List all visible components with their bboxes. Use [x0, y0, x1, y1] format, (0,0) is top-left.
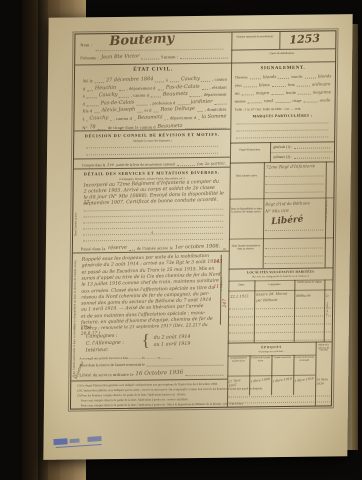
stamp-underline — [56, 444, 102, 448]
blank-line — [86, 146, 218, 149]
stamp-block — [69, 438, 79, 443]
territoriale-line: Passé dans la réserve de l'armée territo… — [79, 362, 223, 368]
campagnes-zone: Intérieur. — [86, 348, 109, 354]
campagnes-date-to: au 1 avril 1919 — [154, 342, 191, 348]
handwritten-value: ovale — [320, 97, 331, 102]
instruction-generale-line: générale (1) : — [273, 144, 330, 149]
handwritten-value: Beaumetz — [163, 91, 188, 98]
printed-label: nez — [235, 91, 240, 95]
instruction-inner-rule — [270, 151, 334, 153]
etat-civil-row: fils d Alexis Joseph et d Rose Delhaye ,… — [83, 106, 227, 114]
etat-civil-row: Né le 27 décembre 1884 à Cauchy , canton — [83, 76, 227, 84]
localites-subdiv-value: Béthune — [296, 294, 310, 298]
printed-label: , canton d — [114, 115, 132, 120]
printed-label: menton — [235, 99, 246, 103]
blank-line — [83, 239, 223, 242]
blank-line — [229, 323, 331, 325]
margin-label-territoriale: Dans l'armée territoriale et dans sa rés… — [73, 322, 77, 380]
blank-line — [265, 262, 323, 264]
signalement-title: SIGNALEMENT. — [231, 64, 335, 70]
printed-label: fils d — [83, 108, 93, 113]
fill-dots — [180, 57, 228, 60]
printed-label: yeux — [235, 83, 242, 87]
archive-stamp — [53, 433, 105, 449]
blank-line — [236, 129, 328, 131]
decision-subtitle: (Indiquer la cause des dispenses.) — [74, 138, 230, 144]
printed-label: , canton d — [131, 93, 149, 98]
prenoms-label: Prénoms : — [80, 55, 99, 60]
printed-label: Cheveux — [235, 75, 248, 79]
epoques-subtitle: de passage successif dans : — [228, 350, 316, 354]
etat-civil-row: à Cauchy , canton d Beaumetz , départeme… — [82, 113, 226, 121]
printed-label: Passé dans la réserve de l'armée territo… — [79, 363, 144, 368]
epoques-col: la disponibilité de l'armée active — [228, 357, 248, 363]
epoques-date-value: 16 8bre 1936 — [316, 377, 330, 385]
matricule-row-border — [231, 48, 335, 50]
handwritten-value: blonds — [317, 73, 330, 78]
prenoms-value: Jean Bte Victor — [101, 53, 139, 60]
localites-date: 22.1.1913 — [230, 294, 248, 299]
marques-title: MARQUES PARTICULIÈRES : — [230, 113, 334, 118]
printed-label: et d — [145, 108, 152, 113]
printed-label: , profession d — [150, 100, 176, 105]
nom-label: Nom : — [80, 42, 92, 47]
campagnes-date-from: du 2 août 1914 — [154, 335, 191, 341]
etat-civil-title: ÉTAT CIVIL. — [75, 66, 231, 74]
handwritten-value: moyenne — [312, 89, 330, 95]
handwritten-value: Rose Delhaye — [161, 106, 195, 113]
blank-line — [229, 315, 331, 317]
printed-label: front — [288, 83, 295, 87]
scanner-background: Nom : Boutemy Prénoms : Jean Bte Victor … — [0, 0, 362, 480]
handwritten-value: Beaumetz — [137, 114, 162, 121]
affectation-label-divider — [263, 162, 265, 268]
handwritten-value: Pas-de-Calais — [101, 99, 135, 106]
libere-date: 16 Octobre 1936 — [136, 370, 184, 377]
header-divider — [231, 33, 232, 63]
affectation-value: Régt d'Inf de Béthune — [265, 200, 323, 207]
localites-commune: Essars (M. Morin) — [256, 292, 287, 297]
printed-label: d — [83, 86, 85, 91]
printed-label: Né le — [83, 78, 93, 83]
epoques-col: l'armée territoriale — [272, 357, 292, 360]
pencil-mark: 4 — [151, 230, 153, 235]
etat-civil-row: d Pas-de-Calais , profession d jardinier — [83, 98, 227, 106]
prenoms-line: Prénoms : Jean Bte Victor Surnom : — [80, 53, 228, 61]
page-stack-edge — [352, 24, 358, 450]
etat-civil-row: à Cauchy , canton d Beaumetz , départeme… — [83, 91, 227, 99]
blank-line — [266, 175, 324, 177]
stamp-block — [87, 436, 101, 442]
handwritten-value: 27 décembre 1884 — [106, 76, 154, 83]
localites-commune2: par Béthune — [256, 298, 277, 303]
affectation-value: 72me Régt d'Infanterie — [266, 163, 324, 170]
handwritten-value: blonds — [263, 74, 276, 79]
blank-line — [266, 183, 324, 185]
signalement-row: nez moyen bouche moyenne — [235, 89, 331, 95]
blank-line — [265, 229, 323, 231]
handwritten-value: bleus — [259, 82, 270, 87]
affectation-value2: N° Mle 016 — [265, 207, 323, 214]
blank-line — [265, 255, 323, 257]
signalement-row: menton rond visage ovale — [235, 97, 331, 103]
instruction-label: Degré d'instruction. — [232, 148, 268, 152]
campagnes-enemy: C. l'Allemagne : — [86, 341, 124, 347]
blank-line — [236, 122, 328, 124]
matricule-label: Numéro matricule du recrutement : — [233, 35, 277, 39]
affectation-row-label: Dans l'armée active. — [231, 174, 263, 177]
printed-label: , canton — [212, 77, 227, 82]
section-border — [230, 141, 334, 143]
matricule-divider — [279, 32, 280, 49]
printed-label: à — [83, 93, 85, 98]
localites-col-dates: Dates — [229, 283, 253, 286]
printed-label: , département d — [167, 115, 196, 120]
blank-line — [83, 209, 223, 212]
signalement-row: Cheveux blonds sourcils blonds — [235, 73, 331, 79]
printed-label: , département — [201, 92, 226, 97]
affectation-libere: Libéré — [271, 215, 304, 228]
printed-label: de l'armée active le — [137, 245, 173, 250]
signalement-row: yeux bleus front ordinaire — [235, 81, 331, 87]
etat-civil-row: d Heuchin , département d Pas-de-Calais … — [83, 83, 227, 91]
blank-line — [83, 227, 223, 230]
epoques-date-col: DATE de la radiation des contrôles — [317, 344, 331, 352]
handwritten-value: (ou 2e partie). — [197, 160, 226, 166]
affectation-row-label: Dans la disponibilité ou dans la réserve… — [230, 207, 262, 214]
epoques-col: la réserve de l'armée active — [250, 357, 270, 363]
localites-subtitle: (Par suite des changements de domicile o… — [228, 274, 332, 278]
handwritten-value: 1er octobre 1908. — [175, 243, 220, 250]
periode-exercices-line: A accompli une période d'exercices dans … — [80, 355, 224, 361]
printed-label: partie de la liste du recrutement canton… — [116, 162, 175, 167]
taille-line: Taille : 1 m. 67 cent. Taille rectifiée … — [235, 106, 331, 111]
brace-glyph: { — [142, 331, 150, 351]
surnom-label: Surnom : — [161, 54, 178, 59]
nom-value: Boutemy — [109, 31, 174, 49]
blank-line — [266, 191, 324, 193]
epoques-col: la réserve de l'armée territoriale — [294, 357, 314, 363]
localites-col-subdiv: Subdivisions de région — [295, 280, 323, 283]
handwritten-value: ordinaire — [312, 81, 331, 87]
printed-label: , résidant — [209, 84, 226, 89]
printed-label: à — [166, 77, 168, 82]
handwritten-value: réserve — [108, 245, 127, 252]
handwritten-value: la Somme — [201, 113, 226, 120]
printed-label: militaire (2) : — [273, 155, 292, 159]
printed-label: d — [83, 101, 85, 106]
handwritten-value: rond — [264, 98, 273, 103]
instruction-militaire-line: militaire (2) : — [273, 154, 330, 159]
localites-col-communes: Communes — [255, 283, 293, 287]
blank-line — [86, 153, 218, 156]
stamp-block — [53, 438, 67, 445]
libere-line: Libéré du service militaire le 16 Octobr… — [79, 370, 223, 378]
printed-label: Libéré du service militaire le — [79, 372, 133, 378]
handwritten-value: Pas-de-Calais — [166, 83, 200, 90]
handwritten-value: Alexis Joseph — [102, 106, 136, 113]
printed-label: Compris dans la — [82, 163, 105, 167]
blank-line — [83, 215, 223, 218]
blank-line — [229, 331, 331, 333]
printed-label: sourcils — [291, 75, 302, 79]
blank-line — [83, 221, 223, 224]
blank-line — [236, 136, 328, 138]
handwritten-value: Cauchy — [98, 92, 117, 99]
handwritten-value: jardinier — [191, 98, 213, 105]
localites-num-value: p. — [326, 293, 329, 297]
blank-line — [265, 247, 323, 249]
printed-label: , domiciliés — [205, 107, 227, 112]
printed-label: Passé dans la — [81, 246, 106, 251]
handwritten-value: Cauchy — [90, 114, 109, 121]
classe-label: Classe de mobilisation : — [233, 51, 331, 55]
section-border — [74, 157, 230, 160]
affectation-row-border — [229, 237, 333, 239]
printed-label: générale (1) : — [273, 145, 292, 149]
control-strip-red-number: 247 — [223, 299, 228, 307]
matricule-value: 1253 — [289, 32, 320, 47]
nom-ruleline — [95, 49, 223, 52]
register-page: Nom : Boutemy Prénoms : Jean Bte Victor … — [43, 14, 352, 460]
blank-line — [229, 307, 331, 309]
handwritten-value: Heuchin — [95, 84, 116, 91]
campagnes-label: Campagnes : — [86, 334, 118, 340]
fill-dots — [141, 57, 159, 59]
handwritten-value: moyen — [256, 90, 269, 95]
printed-label: à — [82, 116, 84, 121]
printed-label: , département d — [127, 85, 156, 90]
printed-label: visage — [292, 99, 301, 103]
handwritten-value: 1re — [107, 162, 114, 167]
margin-label-armee-active: Dans l'armée active. — [74, 195, 78, 253]
printed-label: bouche — [286, 91, 296, 95]
affectation-row-label: Dans l'armée territoriale et dans sa rés… — [230, 244, 262, 251]
matricule-form: Nom : Boutemy Prénoms : Jean Bte Victor … — [70, 30, 337, 409]
handwritten-value: Cauchy — [180, 76, 199, 83]
